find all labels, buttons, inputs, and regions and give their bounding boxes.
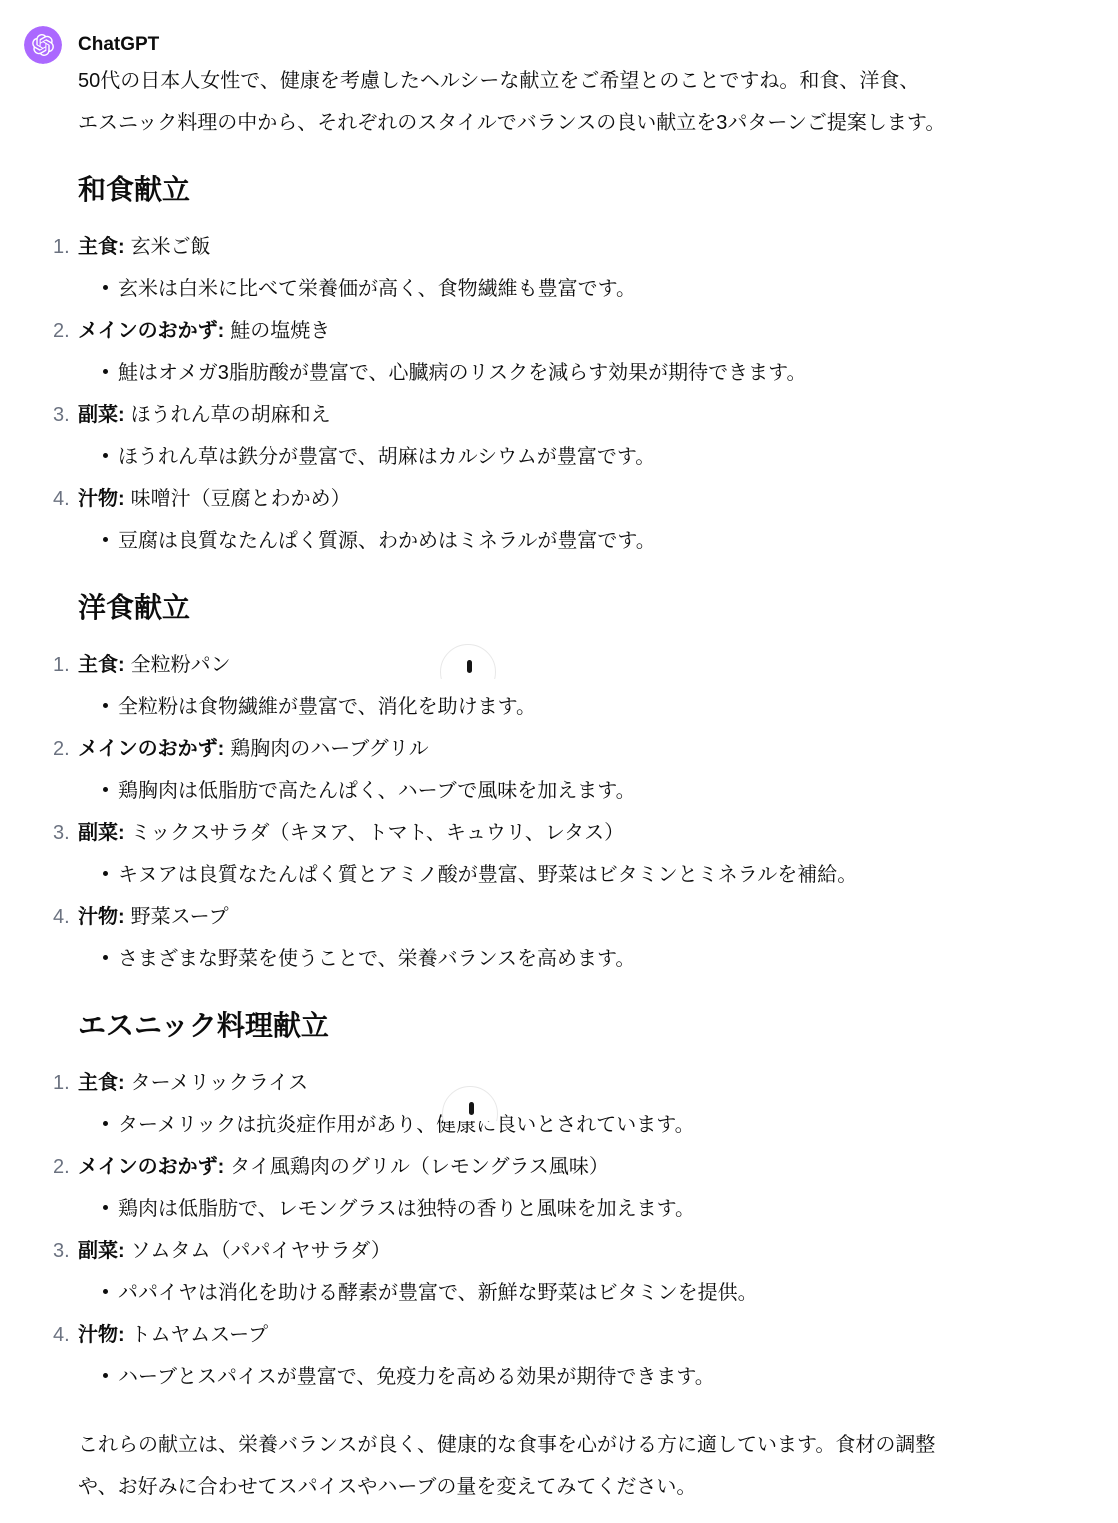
item-value: 全粒粉パン bbox=[131, 654, 231, 676]
outro-line: これらの献立は、栄養バランスが良く、健康的な食事を心がける方に適しています。食材… bbox=[78, 1424, 958, 1466]
note-list: ハーブとスパイスが豊富で、免疫力を高める効果が期待できます。 bbox=[78, 1356, 958, 1398]
item-value: タイ風鶏肉のグリル（レモングラス風味） bbox=[230, 1156, 609, 1178]
menu-item-note: 鶏肉は低脂肪で、レモングラスは独特の香りと風味を加えます。 bbox=[78, 1188, 958, 1230]
note-text: キヌアは良質なたんぱく質とアミノ酸が豊富、野菜はビタミンとミネラルを補給。 bbox=[118, 864, 857, 886]
menu-item: 4.汁物:野菜スープ さまざまな野菜を使うことで、栄養バランスを高めます。 bbox=[78, 896, 958, 980]
menu-item-note: ターメリックは抗炎症作用があり、健康に良いとされています。 bbox=[78, 1104, 958, 1146]
item-number: 4. bbox=[53, 478, 70, 520]
menu-item: 1.主食:全粒粉パン 全粒粉は食物繊維が豊富で、消化を助けます。 bbox=[78, 644, 958, 728]
menu-item-title: 2.メインのおかず:鶏胸肉のハーブグリル bbox=[78, 728, 958, 770]
scroll-down-circle bbox=[440, 644, 496, 679]
intro-paragraph: 50代の日本人女性で、健康を考慮したヘルシーな献立をご希望とのことですね。和食、… bbox=[78, 60, 958, 144]
item-value: 鮭の塩焼き bbox=[230, 320, 330, 342]
menu-item-title: 3.副菜:ソムタム（パパイヤサラダ） bbox=[78, 1230, 958, 1272]
bullet-icon bbox=[103, 285, 108, 290]
item-number: 4. bbox=[53, 1314, 70, 1356]
outro-line: や、お好みに合わせてスパイスやハーブの量を変えてみてください。 bbox=[78, 1466, 958, 1508]
note-list: キヌアは良質なたんぱく質とアミノ酸が豊富、野菜はビタミンとミネラルを補給。 bbox=[78, 854, 958, 896]
bullet-icon bbox=[103, 369, 108, 374]
item-value: 玄米ご飯 bbox=[131, 236, 211, 258]
author-name: ChatGPT bbox=[78, 26, 1094, 64]
menu-item-note: 鶏胸肉は低脂肪で高たんぱく、ハーブで風味を加えます。 bbox=[78, 770, 958, 812]
menu-item-title: 4.汁物:味噌汁（豆腐とわかめ） bbox=[78, 478, 958, 520]
menu-item-title: 4.汁物:野菜スープ bbox=[78, 896, 958, 938]
menu-item-note: 玄米は白米に比べて栄養価が高く、食物繊維も豊富です。 bbox=[78, 268, 958, 310]
menu-item-title: 4.汁物:トムヤムスープ bbox=[78, 1314, 958, 1356]
note-list: 鶏肉は低脂肪で、レモングラスは独特の香りと風味を加えます。 bbox=[78, 1188, 958, 1230]
menu-item-note: さまざまな野菜を使うことで、栄養バランスを高めます。 bbox=[78, 938, 958, 980]
item-number: 2. bbox=[53, 728, 70, 770]
menu-item-note: ハーブとスパイスが豊富で、免疫力を高める効果が期待できます。 bbox=[78, 1356, 958, 1398]
note-list: さまざまな野菜を使うことで、栄養バランスを高めます。 bbox=[78, 938, 958, 980]
menu-item: 2.メインのおかず:鮭の塩焼き 鮭はオメガ3脂肪酸が豊富で、心臓病のリスクを減ら… bbox=[78, 310, 958, 394]
bullet-icon bbox=[103, 955, 108, 960]
scroll-down-button[interactable] bbox=[440, 644, 498, 679]
section-heading: 洋食献立 bbox=[78, 588, 958, 628]
outro-paragraph: これらの献立は、栄養バランスが良く、健康的な食事を心がける方に適しています。食材… bbox=[78, 1424, 958, 1508]
item-label: 汁物: bbox=[78, 906, 125, 928]
item-value: 野菜スープ bbox=[131, 906, 229, 928]
menu-list: 1.主食:玄米ご飯 玄米は白米に比べて栄養価が高く、食物繊維も豊富です。 2.メ… bbox=[78, 226, 958, 562]
menu-item: 4.汁物:トムヤムスープ ハーブとスパイスが豊富で、免疫力を高める効果が期待でき… bbox=[78, 1314, 958, 1398]
note-list: 鶏胸肉は低脂肪で高たんぱく、ハーブで風味を加えます。 bbox=[78, 770, 958, 812]
bullet-icon bbox=[103, 1205, 108, 1210]
bullet-icon bbox=[103, 787, 108, 792]
menu-item-note: パパイヤは消化を助ける酵素が豊富で、新鮮な野菜はビタミンを提供。 bbox=[78, 1272, 958, 1314]
item-label: 主食: bbox=[78, 654, 125, 676]
note-list: 玄米は白米に比べて栄養価が高く、食物繊維も豊富です。 bbox=[78, 268, 958, 310]
bullet-icon bbox=[103, 703, 108, 708]
note-text: 鮭はオメガ3脂肪酸が豊富で、心臓病のリスクを減らす効果が期待できます。 bbox=[118, 362, 807, 384]
item-number: 2. bbox=[53, 1146, 70, 1188]
menu-item-note: ほうれん草は鉄分が豊富で、胡麻はカルシウムが豊富です。 bbox=[78, 436, 958, 478]
menu-item: 3.副菜:ミックスサラダ（キヌア、トマト、キュウリ、レタス） キヌアは良質なたん… bbox=[78, 812, 958, 896]
note-list: 豆腐は良質なたんぱく質源、わかめはミネラルが豊富です。 bbox=[78, 520, 958, 562]
item-number: 1. bbox=[53, 226, 70, 268]
menu-item: 2.メインのおかず:タイ風鶏肉のグリル（レモングラス風味） 鶏肉は低脂肪で、レモ… bbox=[78, 1146, 958, 1230]
item-label: 副菜: bbox=[78, 822, 125, 844]
bullet-icon bbox=[103, 1121, 108, 1126]
menu-item-note: 鮭はオメガ3脂肪酸が豊富で、心臓病のリスクを減らす効果が期待できます。 bbox=[78, 352, 958, 394]
bullet-icon bbox=[103, 453, 108, 458]
note-text: 鶏肉は低脂肪で、レモングラスは独特の香りと風味を加えます。 bbox=[118, 1198, 695, 1220]
scroll-down-circle bbox=[442, 1086, 498, 1121]
scroll-down-button[interactable] bbox=[442, 1086, 500, 1121]
note-text: 鶏胸肉は低脂肪で高たんぱく、ハーブで風味を加えます。 bbox=[118, 780, 636, 802]
menu-item: 2.メインのおかず:鶏胸肉のハーブグリル 鶏胸肉は低脂肪で高たんぱく、ハーブで風… bbox=[78, 728, 958, 812]
item-value: 鶏胸肉のハーブグリル bbox=[230, 738, 428, 760]
menu-item-title: 3.副菜:ミックスサラダ（キヌア、トマト、キュウリ、レタス） bbox=[78, 812, 958, 854]
chatgpt-avatar bbox=[24, 26, 62, 64]
note-text: ほうれん草は鉄分が豊富で、胡麻はカルシウムが豊富です。 bbox=[118, 446, 655, 468]
menu-item-note: キヌアは良質なたんぱく質とアミノ酸が豊富、野菜はビタミンとミネラルを補給。 bbox=[78, 854, 958, 896]
menu-item: 1.主食:ターメリックライス ターメリックは抗炎症作用があり、健康に良いとされて… bbox=[78, 1062, 958, 1146]
note-text: ハーブとスパイスが豊富で、免疫力を高める効果が期待できます。 bbox=[118, 1366, 715, 1388]
note-list: 全粒粉は食物繊維が豊富で、消化を助けます。 bbox=[78, 686, 958, 728]
item-value: ミックスサラダ（キヌア、トマト、キュウリ、レタス） bbox=[131, 822, 624, 844]
menu-section: 洋食献立 1.主食:全粒粉パン 全粒粉は食物繊維が豊富で、消化を助けます。 2.… bbox=[78, 588, 958, 980]
note-text: さまざまな野菜を使うことで、栄養バランスを高めます。 bbox=[118, 948, 635, 970]
item-label: 主食: bbox=[78, 236, 125, 258]
sections: 和食献立 1.主食:玄米ご飯 玄米は白米に比べて栄養価が高く、食物繊維も豊富です… bbox=[78, 170, 958, 1398]
item-label: メインのおかず: bbox=[78, 1156, 224, 1178]
note-text: パパイヤは消化を助ける酵素が豊富で、新鮮な野菜はビタミンを提供。 bbox=[118, 1282, 758, 1304]
item-number: 1. bbox=[53, 644, 70, 686]
menu-list: 1.主食:全粒粉パン 全粒粉は食物繊維が豊富で、消化を助けます。 2.メインのお… bbox=[78, 644, 958, 980]
menu-item: 4.汁物:味噌汁（豆腐とわかめ） 豆腐は良質なたんぱく質源、わかめはミネラルが豊… bbox=[78, 478, 958, 562]
menu-item: 3.副菜:ソムタム（パパイヤサラダ） パパイヤは消化を助ける酵素が豊富で、新鮮な… bbox=[78, 1230, 958, 1314]
item-value: ほうれん草の胡麻和え bbox=[131, 404, 331, 426]
item-label: メインのおかず: bbox=[78, 738, 224, 760]
bullet-icon bbox=[103, 1289, 108, 1294]
item-number: 4. bbox=[53, 896, 70, 938]
intro-line: エスニック料理の中から、それぞれのスタイルでバランスの良い献立を3パターンご提案… bbox=[78, 102, 958, 144]
item-value: トムヤムスープ bbox=[131, 1324, 268, 1346]
item-number: 3. bbox=[53, 394, 70, 436]
menu-list: 1.主食:ターメリックライス ターメリックは抗炎症作用があり、健康に良いとされて… bbox=[78, 1062, 958, 1398]
menu-item-note: 全粒粉は食物繊維が豊富で、消化を助けます。 bbox=[78, 686, 958, 728]
item-value: ターメリックライス bbox=[131, 1072, 308, 1094]
bullet-icon bbox=[103, 871, 108, 876]
note-text: ターメリックは抗炎症作用があり、健康に良いとされています。 bbox=[118, 1114, 695, 1136]
menu-item-title: 1.主食:全粒粉パン bbox=[78, 644, 958, 686]
menu-item-title: 1.主食:ターメリックライス bbox=[78, 1062, 958, 1104]
menu-section: エスニック料理献立 1.主食:ターメリックライス ターメリックは抗炎症作用があり… bbox=[78, 1006, 958, 1398]
section-heading: エスニック料理献立 bbox=[78, 1006, 958, 1046]
item-label: 主食: bbox=[78, 1072, 125, 1094]
arrow-down-icon bbox=[467, 660, 472, 673]
item-number: 2. bbox=[53, 310, 70, 352]
note-list: ほうれん草は鉄分が豊富で、胡麻はカルシウムが豊富です。 bbox=[78, 436, 958, 478]
bullet-icon bbox=[103, 537, 108, 542]
note-text: 玄米は白米に比べて栄養価が高く、食物繊維も豊富です。 bbox=[118, 278, 636, 300]
note-list: 鮭はオメガ3脂肪酸が豊富で、心臓病のリスクを減らす効果が期待できます。 bbox=[78, 352, 958, 394]
menu-item: 1.主食:玄米ご飯 玄米は白米に比べて栄養価が高く、食物繊維も豊富です。 bbox=[78, 226, 958, 310]
intro-line: 50代の日本人女性で、健康を考慮したヘルシーな献立をご希望とのことですね。和食、… bbox=[78, 60, 958, 102]
menu-item-title: 2.メインのおかず:鮭の塩焼き bbox=[78, 310, 958, 352]
item-label: 副菜: bbox=[78, 1240, 125, 1262]
chat-message: ChatGPT 50代の日本人女性で、健康を考慮したヘルシーな献立をご希望とのこ… bbox=[0, 0, 1118, 1508]
note-text: 全粒粉は食物繊維が豊富で、消化を助けます。 bbox=[118, 696, 536, 718]
note-list: ターメリックは抗炎症作用があり、健康に良いとされています。 bbox=[78, 1104, 958, 1146]
menu-item-note: 豆腐は良質なたんぱく質源、わかめはミネラルが豊富です。 bbox=[78, 520, 958, 562]
bullet-icon bbox=[103, 1373, 108, 1378]
menu-item-title: 2.メインのおかず:タイ風鶏肉のグリル（レモングラス風味） bbox=[78, 1146, 958, 1188]
item-value: ソムタム（パパイヤサラダ） bbox=[131, 1240, 391, 1262]
message-content: 50代の日本人女性で、健康を考慮したヘルシーな献立をご希望とのことですね。和食、… bbox=[78, 60, 958, 1508]
item-number: 3. bbox=[53, 1230, 70, 1272]
note-text: 豆腐は良質なたんぱく質源、わかめはミネラルが豊富です。 bbox=[118, 530, 656, 552]
note-list: パパイヤは消化を助ける酵素が豊富で、新鮮な野菜はビタミンを提供。 bbox=[78, 1272, 958, 1314]
item-label: 汁物: bbox=[78, 488, 125, 510]
menu-item-title: 3.副菜:ほうれん草の胡麻和え bbox=[78, 394, 958, 436]
section-heading: 和食献立 bbox=[78, 170, 958, 210]
arrow-down-icon bbox=[469, 1102, 474, 1115]
item-label: 副菜: bbox=[78, 404, 125, 426]
menu-item-title: 1.主食:玄米ご飯 bbox=[78, 226, 958, 268]
item-label: 汁物: bbox=[78, 1324, 125, 1346]
menu-section: 和食献立 1.主食:玄米ご飯 玄米は白米に比べて栄養価が高く、食物繊維も豊富です… bbox=[78, 170, 958, 562]
item-number: 3. bbox=[53, 812, 70, 854]
openai-logo-icon bbox=[24, 51, 62, 64]
item-value: 味噌汁（豆腐とわかめ） bbox=[131, 488, 351, 510]
item-number: 1. bbox=[53, 1062, 70, 1104]
item-label: メインのおかず: bbox=[78, 320, 224, 342]
menu-item: 3.副菜:ほうれん草の胡麻和え ほうれん草は鉄分が豊富で、胡麻はカルシウムが豊富… bbox=[78, 394, 958, 478]
